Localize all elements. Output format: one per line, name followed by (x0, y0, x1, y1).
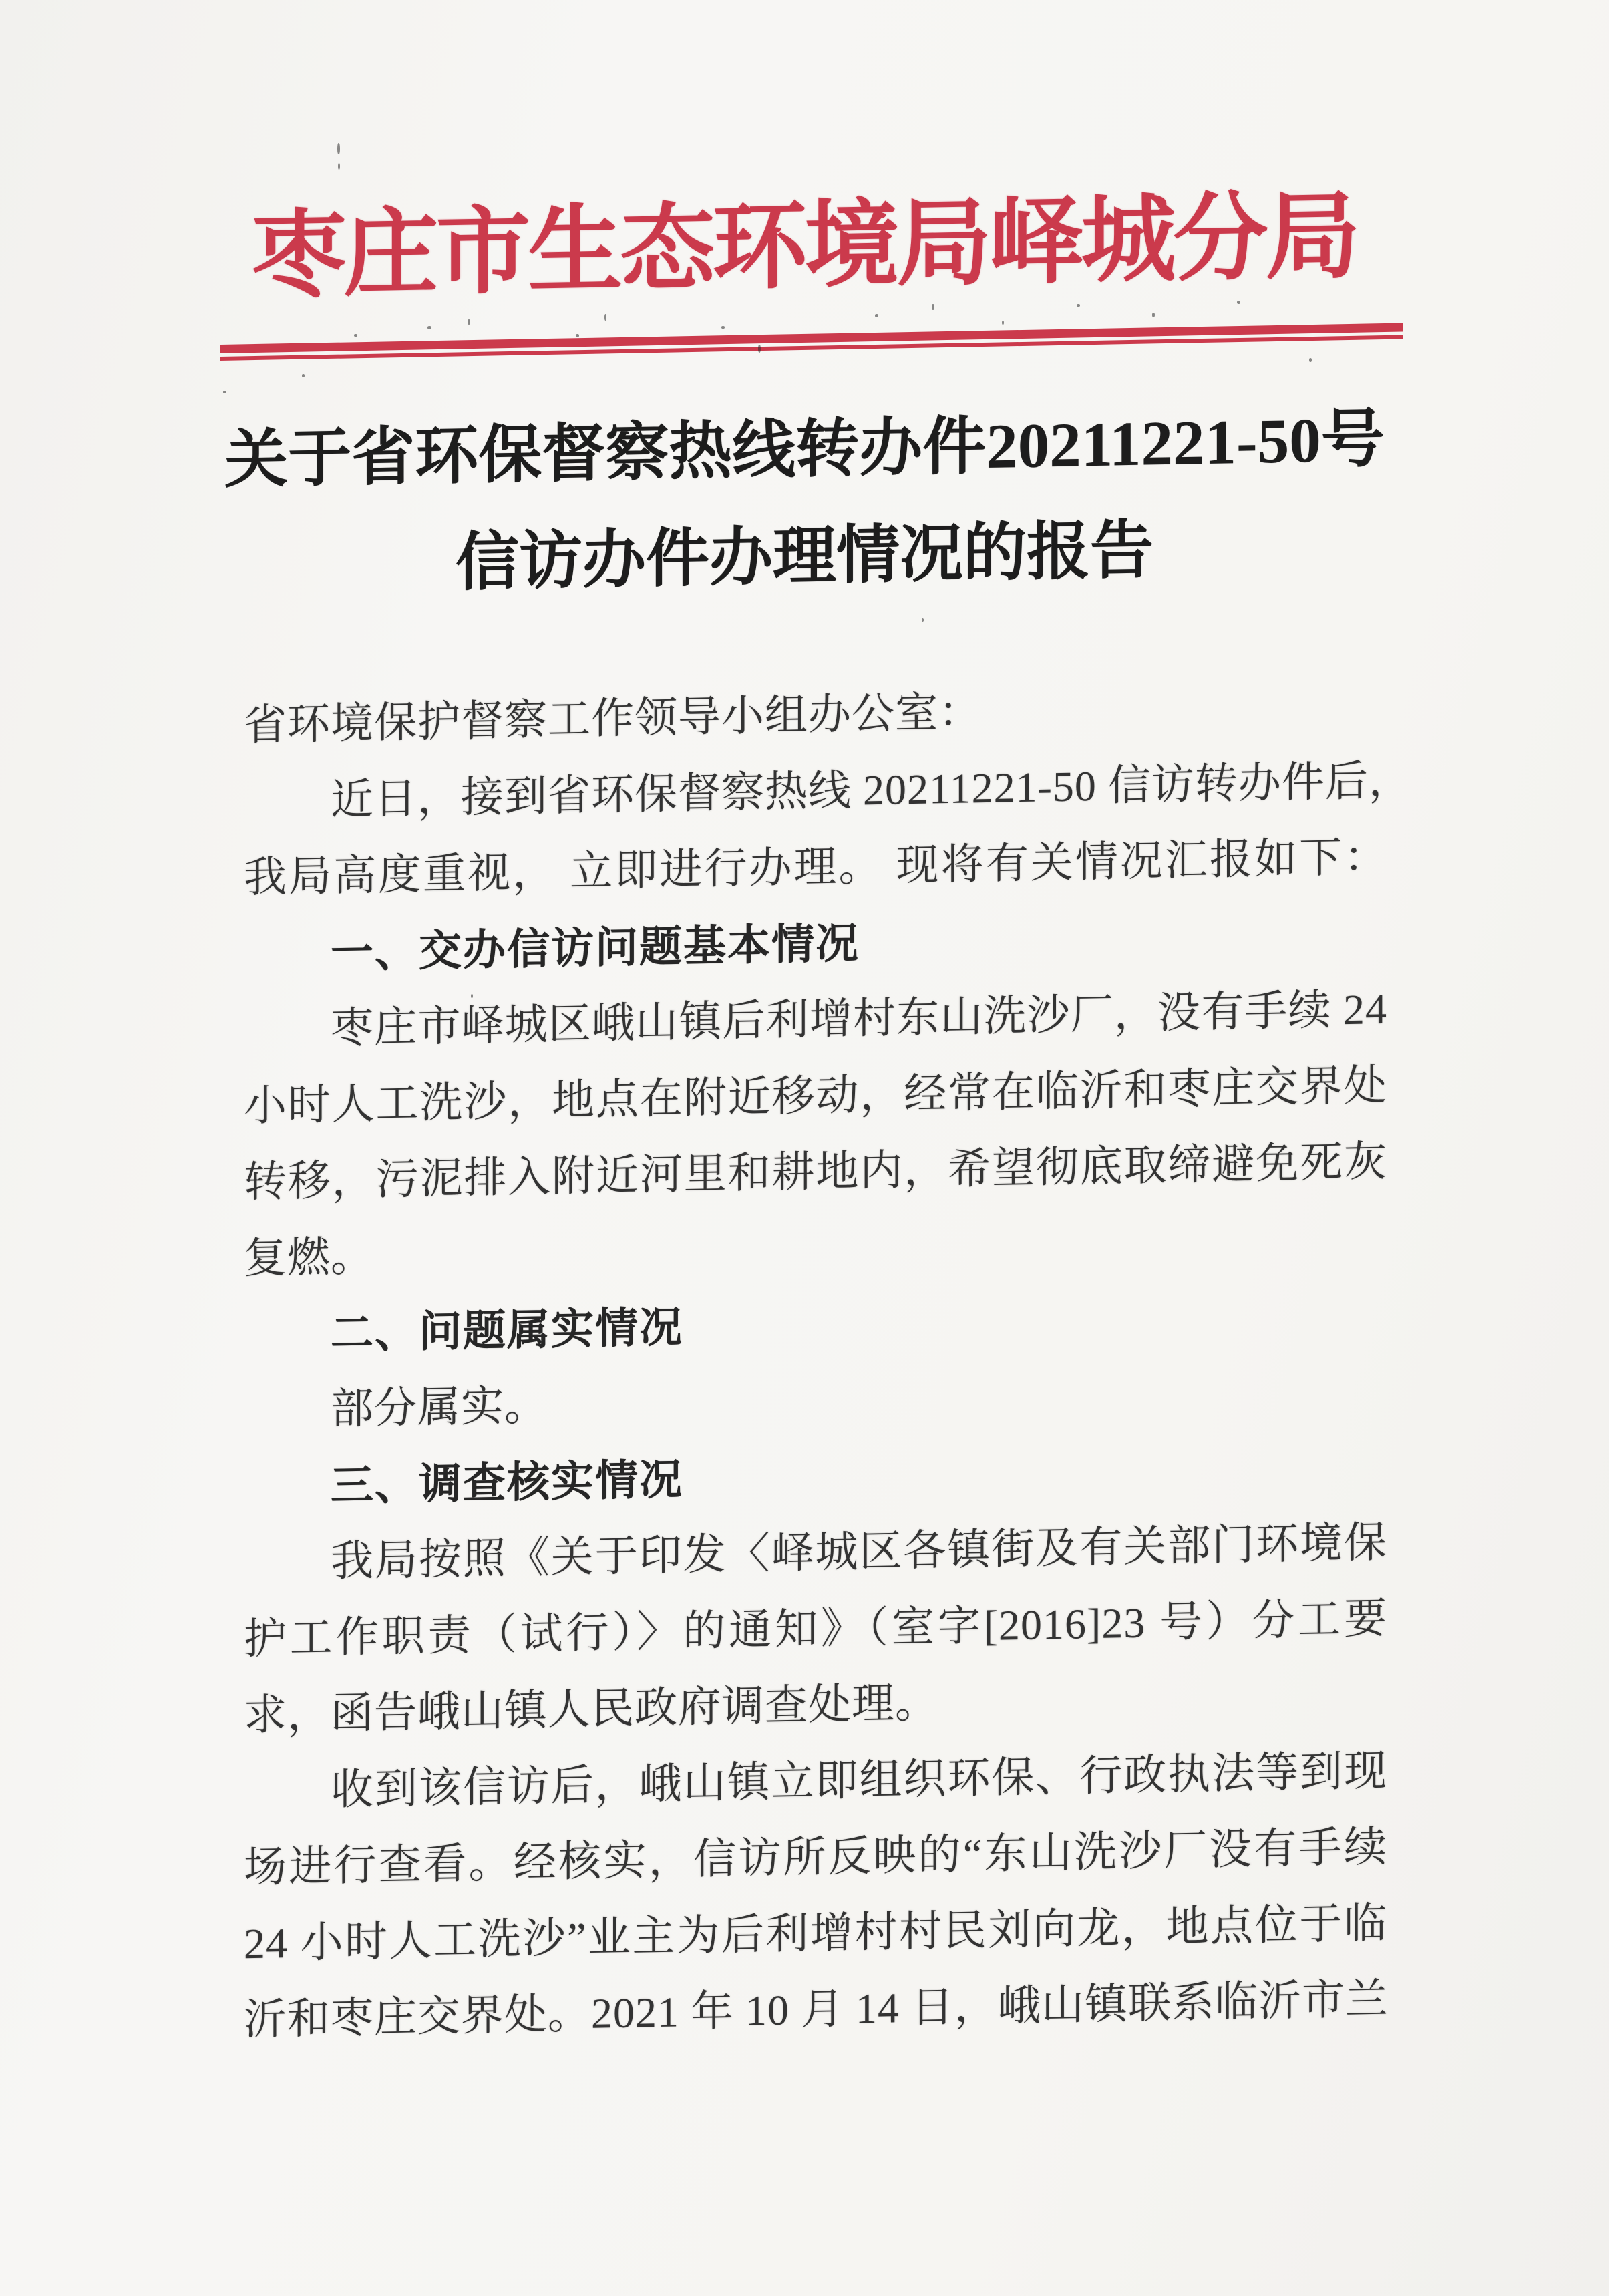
document-content: 枣庄市生态环境局峄城分局 关于省环保督察热线转办件20211221-50号 信访… (0, 0, 1609, 2296)
scanned-document-page: 枣庄市生态环境局峄城分局 关于省环保督察热线转办件20211221-50号 信访… (0, 0, 1609, 2296)
document-body: 省环境保护督察工作领导小组办公室：近日，接到省环保督察热线 20211221-5… (244, 667, 1387, 2058)
letterhead-separator-line (220, 323, 1403, 361)
letterhead-title: 枣庄市生态环境局峄城分局 (0, 179, 1609, 314)
document-title-line1: 关于省环保督察热线转办件20211221-50号 (0, 398, 1609, 501)
document-title-line2: 信访办件办理情况的报告 (0, 505, 1609, 608)
